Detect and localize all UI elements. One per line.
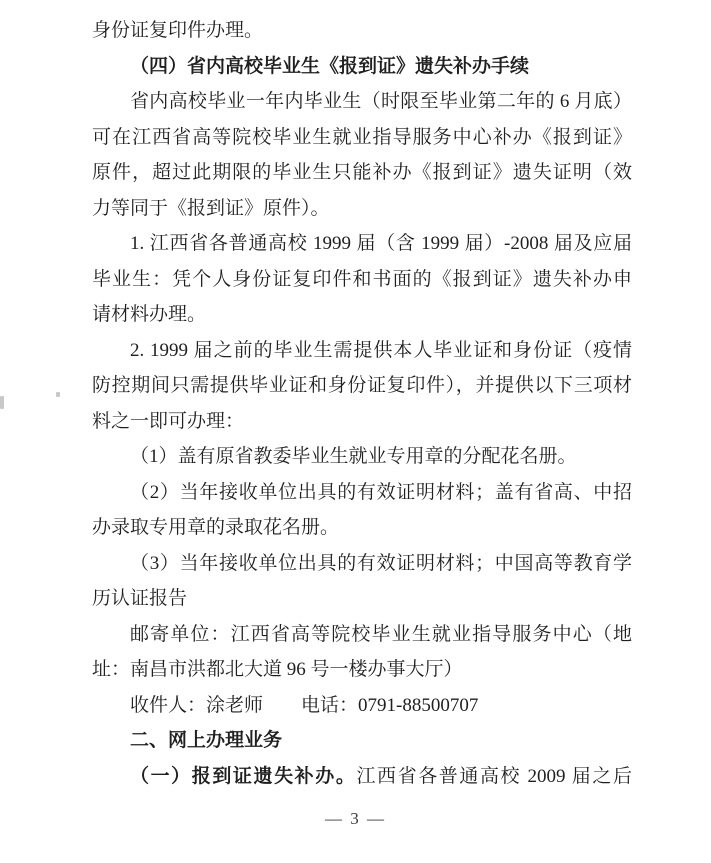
text-line: 可在江西省高等院校毕业生就业指导服务中心补办《报到证》 [92, 120, 632, 156]
page-number: — 3 — [0, 809, 711, 829]
text-line: 原件，超过此期限的毕业生只能补办《报到证》遗失证明（效 [92, 155, 632, 191]
text-line: 毕业生：凭个人身份证复印件和书面的《报到证》遗失补办申 [92, 262, 632, 298]
mailing-address-line: 邮寄单位：江西省高等院校毕业生就业指导服务中心（地 [92, 617, 632, 653]
document-page: 身份证复印件办理。 （四）省内高校毕业生《报到证》遗失补办手续 省内高校毕业一年… [0, 0, 711, 863]
text-line: 防控期间只需提供毕业证和身份证复印件），并提供以下三项材 [92, 368, 632, 404]
text-line: 身份证复印件办理。 [92, 13, 632, 49]
numbered-item-2: 2. 1999 届之前的毕业生需提供本人毕业证和身份证（疫情 [92, 333, 632, 369]
text-line: 请材料办理。 [92, 297, 632, 333]
text-line: 省内高校毕业一年内毕业生（时限至毕业第二年的 6 月底） [92, 84, 632, 120]
section-heading-2: 二、网上办理业务 [92, 723, 632, 759]
text-line: 历认证报告 [92, 581, 632, 617]
contact-line: 收件人：涂老师 电话：0791-88500707 [92, 688, 632, 724]
scan-artifact [0, 396, 4, 409]
text-line: （一）报到证遗失补办。江西省各普通高校 2009 届之后（含 [92, 759, 632, 795]
sub-item-1: （1）盖有原省教委毕业生就业专用章的分配花名册。 [92, 439, 632, 475]
scan-artifact [56, 392, 60, 397]
text-line: 料之一即可办理： [92, 404, 632, 440]
document-body: 身份证复印件办理。 （四）省内高校毕业生《报到证》遗失补办手续 省内高校毕业一年… [92, 13, 632, 794]
text-line: 力等同于《报到证》原件）。 [92, 191, 632, 227]
section-heading-4: （四）省内高校毕业生《报到证》遗失补办手续 [92, 49, 632, 85]
mailing-address-line: 址：南昌市洪都北大道 96 号一楼办事大厅） [92, 652, 632, 688]
inline-heading: （一）报到证遗失补办。 [130, 766, 356, 787]
sub-item-3: （3）当年接收单位出具的有效证明材料；中国高等教育学 [92, 546, 632, 582]
sub-item-2: （2）当年接收单位出具的有效证明材料；盖有省高、中招 [92, 475, 632, 511]
text-line: 办录取专用章的录取花名册。 [92, 510, 632, 546]
numbered-item-1: 1. 江西省各普通高校 1999 届（含 1999 届）-2008 届及应届 [92, 226, 632, 262]
